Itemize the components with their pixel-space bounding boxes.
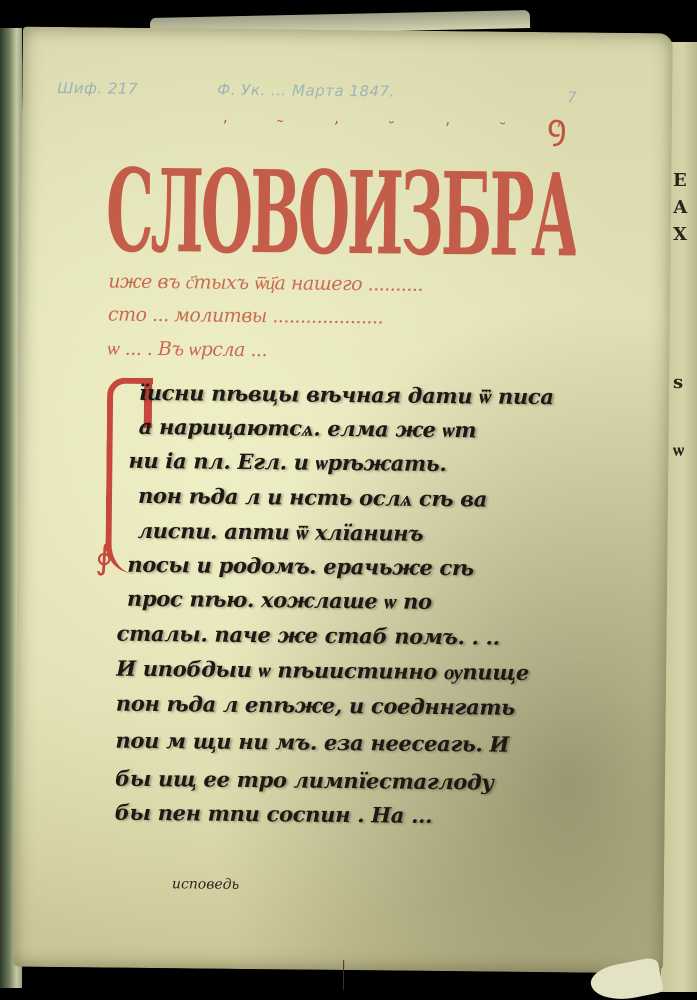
text-line: а нарицаютсѧ. елма же ѡт — [139, 414, 477, 444]
adjacent-page-glyph: ѕ — [673, 372, 683, 393]
text-line: посы и родомъ. ерачьже сѣ — [127, 552, 474, 581]
rubric-line: ѡ ... . Въ ѡрсла ... — [107, 338, 267, 363]
adjacent-page-glyph: Е — [673, 170, 687, 191]
text-line: бы ищ ее тро лимпїестаглоду — [115, 766, 494, 795]
manuscript-page: Шиф. 217 Ф. Ук. ... Марта 1847. 7 ʼ ˜ ʼ … — [13, 27, 673, 974]
pencil-provenance-note: Ф. Ук. ... Марта 1847. — [217, 81, 395, 101]
rubric-line: сто ... молитвы .................... — [108, 304, 383, 329]
adjacent-page-glyph: Х — [673, 224, 687, 245]
text-line: сталы. паче же стаб помъ. . .. — [116, 621, 499, 650]
rubric-line: иже въ с҃тыхъ ѿц҃а нашего .......... — [108, 271, 423, 297]
text-line: И ипобдыи ѡ пѣиистинно ѹпище — [116, 656, 529, 686]
adjacent-page-glyph: ѡ — [673, 440, 684, 461]
text-line: пон ѣда л и нсть ослѧ сѣ ва — [138, 483, 487, 513]
pencil-folio-number: 7 — [567, 88, 577, 106]
corner-tear — [588, 956, 664, 1000]
adjacent-page-glyph: А — [673, 197, 688, 218]
ruling-tick-mark — [343, 960, 344, 990]
red-ornament-swirl-icon: ꝯ — [547, 102, 567, 148]
text-line: бы пен тпи соспин . На ... — [115, 800, 433, 828]
text-line: ни іа пл. Егл. и ѡрѣжать. — [128, 448, 446, 477]
text-line: пон ѣда л епѣже, и соедннгать — [116, 691, 515, 720]
text-line: пои м щи ни мъ. еза неесеагь. И — [115, 728, 509, 757]
text-line: лиспи. апти ѿ хлїанинъ — [138, 518, 424, 547]
marginal-note: исповедь — [172, 876, 239, 893]
red-superscript-marks: ʼ ˜ ʼ ˘ ʼ ˘ ʼ — [222, 117, 583, 140]
initial-flourish-icon: ∮ — [95, 537, 113, 577]
pencil-shelfmark: Шиф. 217 — [57, 79, 138, 98]
text-line: прос пѣю. хожлаше ѡ по — [127, 586, 432, 615]
text-line: їисни пѣвцы вѣчная дати ѿ писа — [139, 380, 554, 410]
